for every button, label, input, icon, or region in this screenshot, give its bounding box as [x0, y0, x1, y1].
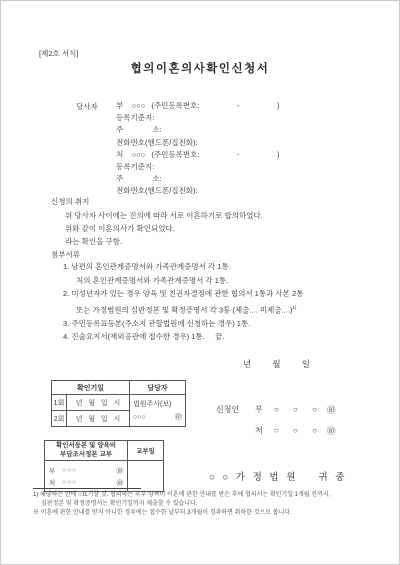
footnote-line: ※ 이혼에 관한 안내를 받지 아니한 경우에는 접수한 날부터 3개월이 경과… — [33, 509, 393, 518]
applicant-label: 신청인 — [216, 404, 255, 415]
footnote-line: 심판정본 및 확정증명서는 확인기일까지 제출할 수 있습니다. — [33, 500, 393, 509]
purpose-line: 위 당사자 사이에는 진의에 따라 서로 이혼하기로 합의하였다. — [65, 209, 263, 222]
applicant-role: 처 — [255, 425, 274, 436]
attachment-item: 처의 혼인관계증명서와 가족관계증명서 각 1통. — [63, 274, 303, 288]
issue-date-cell — [128, 461, 164, 492]
staff-header: 담당자 — [130, 381, 186, 395]
confirm-round-1: 1회 — [52, 395, 67, 411]
staff-seal-icon: ㊞ — [175, 412, 182, 422]
staff-cell: 법원주사(보) ○○○ ㊞ — [130, 395, 186, 427]
purpose-section: 위 당사자 사이에는 진의에 따라 서로 이혼하기로 합의하였다. 위와 같이 … — [65, 209, 263, 248]
issuance-husband-row: 부 ○○○ ㊞ — [49, 464, 123, 476]
attachment-item-text: 또는 가정법원의 심판정본 및 확정증명서 각 3통 (제출.... 미제출..… — [76, 305, 292, 314]
purpose-line: 라는 확인을 구함. — [65, 235, 263, 248]
husband-registry-line: 등록기준지: — [116, 112, 279, 124]
issuance-recipients-cell: 부 ○○○ ㊞ 처 ○○○ ㊞ — [45, 461, 128, 492]
attachment-item: 3. 주민등록표등본(주소지 관할법원에 신청하는 경우) 1통. — [63, 317, 303, 331]
wife-registry-line: 등록기준지: — [116, 161, 279, 173]
attachments-section: 1. 남편의 혼인관계증명서와 가족관계증명서 각 1통. 처의 혼인관계증명서… — [63, 260, 303, 344]
attachment-item: 또는 가정법원의 심판정본 및 확정증명서 각 3통 (제출.... 미제출..… — [63, 301, 303, 317]
purpose-section-label: 신청의 취지 — [51, 196, 89, 207]
applicant-name-circles: ○ ○ ○ — [274, 426, 317, 435]
confirm-date-header: 확인기일 — [52, 381, 130, 395]
applicant-seal-icon: ㊞ — [327, 425, 336, 437]
husband-phone-line: 전화번호(핸드폰/집전화): — [116, 137, 279, 149]
husband-address-line: 주 소: — [116, 124, 279, 136]
footnote-divider — [33, 488, 141, 489]
wife-address-line: 주 소: — [116, 173, 279, 185]
applicant-seal-icon: ㊞ — [327, 404, 336, 416]
parties-label: 당사자 — [76, 101, 98, 112]
parties-section: 부 ○○○ (주민등록번호: - ) 등록기준지: 주 소: 전화번호(핸드폰/… — [116, 100, 279, 198]
staff-signature: ○○○ ㊞ — [133, 412, 182, 422]
husband-name-line: 부 ○○○ (주민등록번호: - ) — [116, 100, 279, 112]
certificate-issuance-table: 확인서등본 및 양육비 부담조서정본 교부 교부일 부 ○○○ ㊞ 처 ○○○ … — [44, 440, 164, 492]
issue-date-header: 교부일 — [128, 441, 164, 461]
issuance-seal-icon: ㊞ — [117, 478, 124, 487]
staff-name: ○○○ — [133, 414, 146, 421]
footnotes-section: 1) 해당하는 란에 ○표기할 것. 협의하는 부부 양쪽이 이혼에 관한 안내… — [33, 491, 393, 518]
form-number-label: [제2호 서식] — [39, 48, 78, 59]
applicant-name-circles: ○ ○ ○ — [274, 405, 317, 414]
attachment-item: 1. 남편의 혼인관계증명서와 가족관계증명서 각 1통. — [63, 260, 303, 274]
confirm-round-2: 2회 — [52, 411, 67, 427]
attachment-item: 4. 진술요지서(재외공관에 접수한 경우) 1통. 끝. — [63, 330, 303, 344]
confirm-date-2: 년 월 일 시 — [67, 411, 130, 427]
confirm-date-1: 년 월 일 시 — [67, 395, 130, 411]
confirmation-date-table: 확인기일 담당자 1회 년 월 일 시 법원주사(보) ○○○ ㊞ 2회 년 월… — [51, 380, 186, 427]
issuance-role: 부 — [49, 466, 55, 475]
applicant-wife-row: 처 ○ ○ ○ ㊞ — [216, 420, 335, 441]
footnote-ref: 1) — [292, 305, 296, 310]
attachments-section-label: 첨부서류 — [51, 249, 80, 260]
wife-phone-line: 전화번호(핸드폰/집전화): — [116, 185, 279, 197]
applicant-role: 부 — [255, 404, 274, 415]
applicant-section: 신청인 부 ○ ○ ○ ㊞ 처 ○ ○ ○ ㊞ — [216, 399, 335, 441]
court-addressee-line: ○ ○ 가 정 법 원 귀 중 — [209, 469, 347, 483]
issuance-name-circles: ○○○ — [62, 467, 77, 474]
issuance-seal-icon: ㊞ — [117, 466, 124, 475]
issuance-name-circles: ○○○ — [62, 479, 77, 486]
issuance-wife-row: 처 ○○○ ㊞ — [49, 476, 123, 488]
date-line: 년 월 일 — [243, 358, 311, 370]
page-title: 협의이혼의사확인신청서 — [1, 60, 399, 76]
divorce-confirmation-form: [제2호 서식] 협의이혼의사확인신청서 당사자 부 ○○○ (주민등록번호: … — [0, 0, 400, 565]
wife-name-line: 처 ○○○ (주민등록번호: - ) — [116, 149, 279, 161]
attachment-item: 2. 미성년자가 있는 경우 양육 및 친권자결정에 관한 협의서 1통과 사본… — [63, 287, 303, 301]
applicant-husband-row: 신청인 부 ○ ○ ○ ㊞ — [216, 399, 335, 420]
issuance-role: 처 — [49, 478, 55, 487]
staff-title: 법원주사(보) — [133, 399, 182, 409]
issuance-header: 확인서등본 및 양육비 부담조서정본 교부 — [45, 441, 128, 461]
footnote-line: 1) 해당하는 란에 ○표기할 것. 협의하는 부부 양쪽이 이혼에 관한 안내… — [33, 491, 393, 500]
purpose-line: 위와 같이 이혼의사가 확인되었다. — [65, 222, 263, 235]
